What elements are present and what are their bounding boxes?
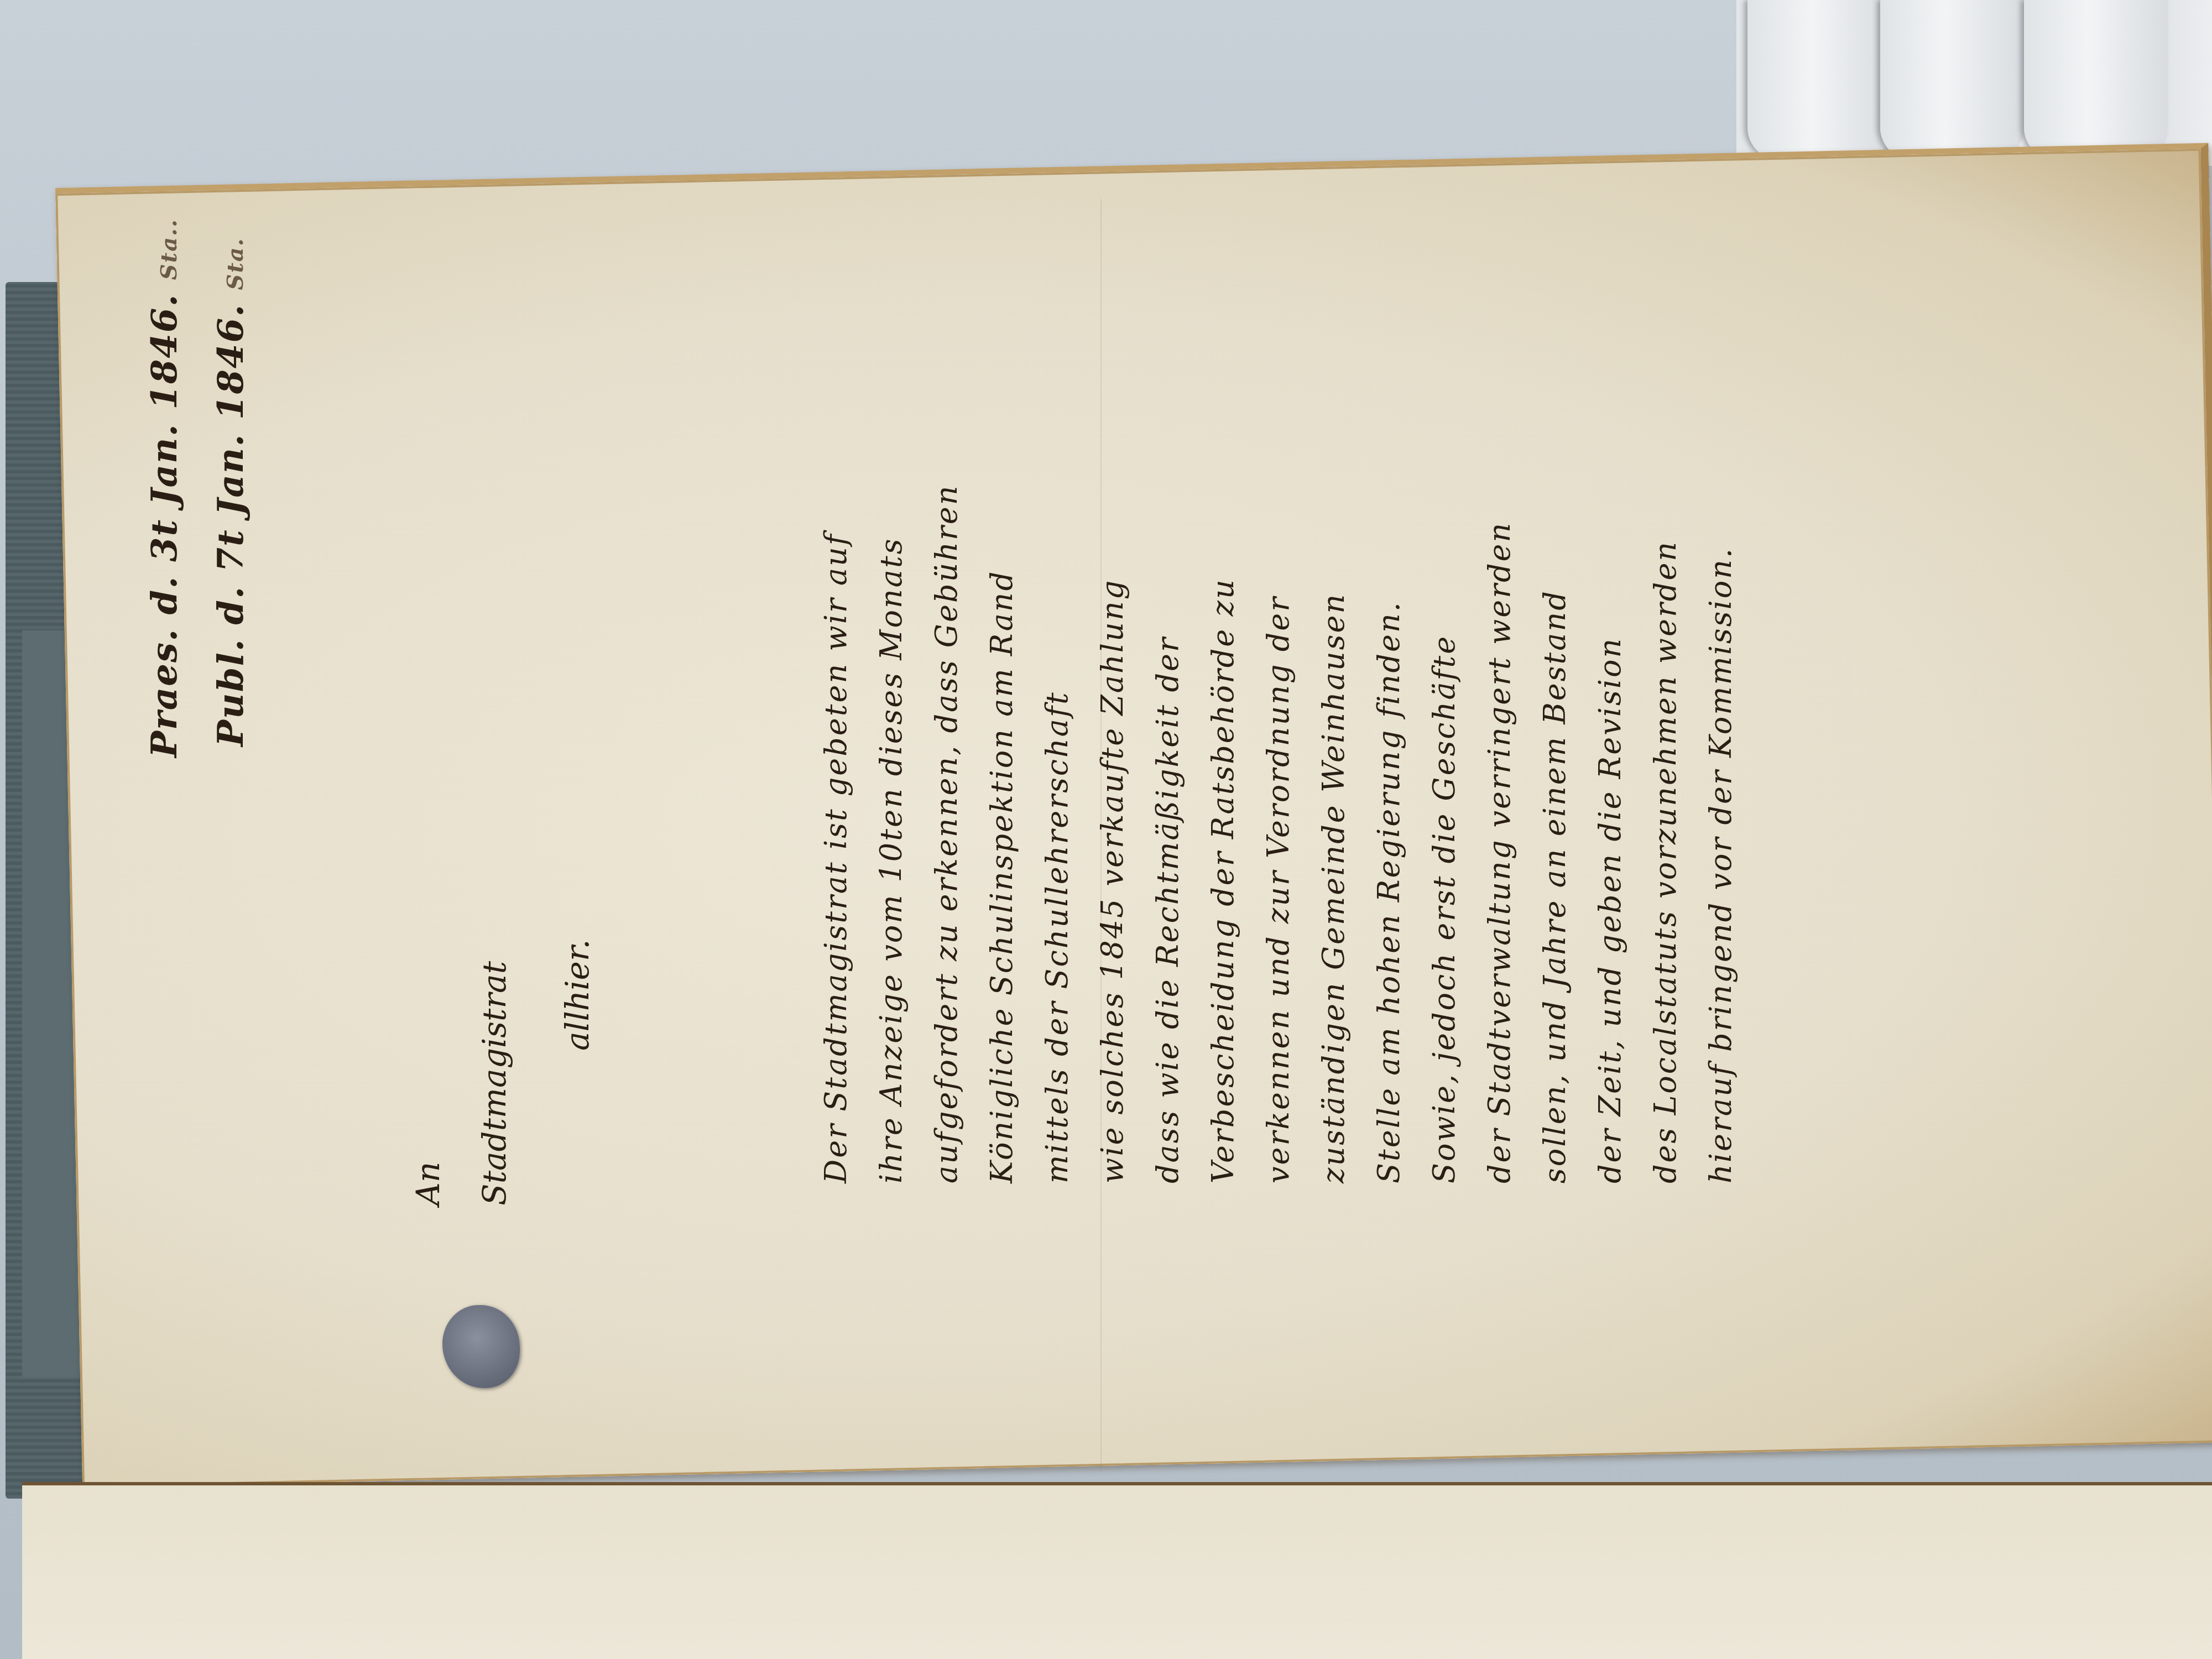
body-line: Der Stadtmagistrat ist gebeten wir auf	[818, 533, 853, 1183]
body-line: Königliche Schulinspektion am Rand	[984, 570, 1019, 1183]
body-line: Stelle am hohen Regierung finden.	[1371, 601, 1406, 1183]
body-line: Sowie, jedoch erst die Geschäfte	[1427, 635, 1462, 1183]
letter-page	[55, 143, 2212, 1487]
glove-finger	[1747, 0, 1891, 160]
annotation-initials: Sta.	[222, 237, 248, 290]
body-line: aufgefordert zu erkennen, dass Gebühren	[929, 484, 964, 1183]
body-line: ihre Anzeige vom 10ten dieses Monats	[874, 538, 909, 1183]
body-line: der Zeit, und geben die Revision	[1593, 637, 1627, 1183]
body-line: dass wie die Rechtmäßigkeit der	[1150, 636, 1185, 1183]
body-line: wie solches 1845 verkaufte Zahlung	[1095, 579, 1130, 1183]
body-line: hierauf bringend vor der Kommission.	[1703, 547, 1738, 1183]
body-line: zuständigen Gemeinde Weinhausen	[1316, 593, 1351, 1183]
white-glove	[1736, 0, 2212, 166]
body-line: verkennen und zur Verordnung der	[1261, 596, 1296, 1183]
annotation-received: Praes. d. 3t Jan. 1846. Sta..	[144, 218, 185, 758]
lower-page	[22, 1482, 2212, 1659]
body-line: Verbescheidung der Ratsbehörde zu	[1206, 578, 1240, 1183]
body-line: des Localstatuts vorzunehmen werden	[1648, 540, 1683, 1183]
glove-finger	[1880, 0, 2024, 160]
annotation-text: Publ. d. 7t Jan. 1846.	[210, 304, 252, 747]
address-line: Stadtmagistrat	[476, 961, 513, 1206]
body-line: der Stadtverwaltung verringert werden	[1482, 521, 1517, 1183]
address-line: An	[409, 1162, 447, 1206]
address-line: allhier.	[559, 939, 596, 1051]
annotation-initials: Sta..	[156, 218, 182, 280]
body-line: sollen, und Jahre an einem Bestand	[1537, 589, 1572, 1183]
annotation-published: Publ. d. 7t Jan. 1846. Sta.	[210, 237, 252, 747]
annotation-text: Praes. d. 3t Jan. 1846.	[144, 293, 185, 758]
glove-finger	[2024, 0, 2168, 160]
body-line: mittels der Schullehrerschaft	[1040, 691, 1074, 1183]
